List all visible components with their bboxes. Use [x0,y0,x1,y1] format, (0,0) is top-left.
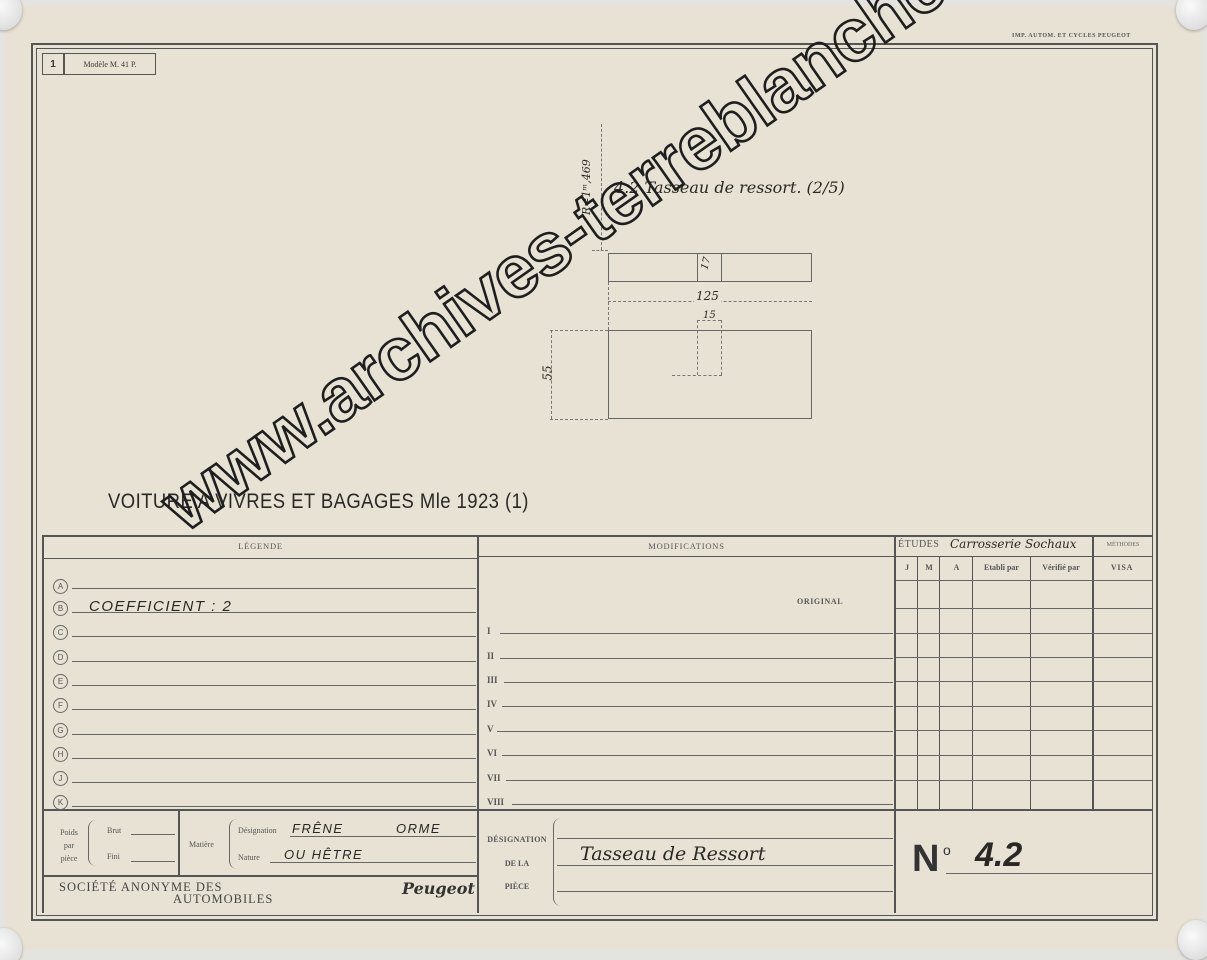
col-header-etabli: Etabli par [973,563,1030,572]
designation-line [557,891,893,892]
dim-height: 55 [541,365,555,380]
designation-value: FRÊNE [292,821,344,836]
nature-value: OU HÊTRE [284,847,363,862]
legend-line [72,685,476,686]
revision-line [506,780,893,781]
model-label: Modèle M. 41 P. [64,53,156,75]
extension-line [550,330,608,331]
brut-label: Brut [107,826,121,835]
nature-line [270,862,476,863]
peugeot-logo: Peugeot [402,879,475,898]
legend-line [72,588,476,589]
part-title: VOITURE A VIVRES ET BAGAGES Mle 1923 (1) [108,490,529,514]
legend-marker-h: H [53,747,68,762]
legend-line [72,612,476,613]
col-header-a: A [940,563,973,572]
legend-marker-k: K [53,795,68,810]
legend-marker-a: A [53,579,68,594]
designation-line [557,838,893,839]
col-header-j: J [896,563,918,572]
grid-col [972,556,973,809]
brut-line [131,834,175,835]
radius-guide-line [601,124,602,250]
poids-label-line3: pièce [52,852,86,865]
brace [88,820,96,866]
etudes-header: ÉTUDES [898,539,939,550]
legend-line [72,636,476,637]
grid-row [896,580,1152,581]
poids-label-line1: Poids [52,826,86,839]
designation-piece-label1: DÉSIGNATION [482,835,552,844]
hidden-line [697,320,698,375]
nature-label: Nature [238,853,260,862]
original-label: ORIGINAL [797,597,843,606]
grid-col [917,556,918,809]
dim-slot: 15 [703,310,716,321]
column-divider [1092,535,1094,809]
revision-line [502,706,893,707]
legend-line [72,734,476,735]
designation-piece-label2: DE LA [482,859,552,868]
binder-clip-bottom-right [1178,920,1207,960]
slot-line [721,253,722,282]
header-rule [44,558,477,559]
fini-line [131,861,175,862]
dim-length: 125 [694,289,721,303]
grid-col [1030,556,1031,809]
printer-mark: IMP. AUTOM. ET CYCLES PEUGEOT [1012,33,1131,39]
grid-row [896,657,1152,658]
company-line2: AUTOMOBILES [173,892,273,907]
grid-row [896,706,1152,707]
legend-marker-c: C [53,625,68,640]
row-divider [42,875,477,877]
column-divider [178,809,180,875]
column-divider [477,535,479,913]
designation-label: Désignation [238,826,277,835]
legend-marker-j: J [53,771,68,786]
number-value: 4.2 [975,836,1022,875]
inner-border [36,48,1153,916]
column-divider [894,535,896,913]
revision-label-6: VI [487,748,497,758]
radius-note: R=1ᵐ,469 [580,159,593,215]
header-rule [479,556,894,557]
revision-line [502,755,893,756]
revision-line [500,658,893,659]
revision-label-8: VIII [487,797,504,807]
designation-piece-label3: PIÈCE [482,882,552,891]
revision-line [504,682,893,683]
grid-row [896,608,1152,609]
revision-label-4: IV [487,699,497,709]
hidden-line [721,320,722,375]
modifications-header: MODIFICATIONS [479,541,894,551]
header-rule [896,556,1152,557]
revision-label-3: III [487,675,498,685]
poids-label-line2: par [52,839,86,852]
legend-line [72,758,476,759]
revision-line [497,731,893,732]
grid-row [896,780,1152,781]
fini-label: Fini [107,852,120,861]
legend-line [72,709,476,710]
legend-line [72,806,476,807]
grid-row [896,681,1152,682]
legend-marker-d: D [53,650,68,665]
guide-tick [592,250,608,251]
extension-line [550,419,608,420]
drawing-title: 4.2 Tasseau de ressort. (2/5) [614,178,845,197]
number-degree: o [943,842,951,858]
designation-value-2: ORME [396,821,441,836]
legend-marker-f: F [53,698,68,713]
extension-line [608,282,609,330]
methodes-header: MÉTHODES [1094,542,1152,548]
brace [553,818,561,906]
legend-line [72,661,476,662]
legend-marker-b: B [53,601,68,616]
legend-marker-g: G [53,723,68,738]
revision-label-7: VII [487,773,501,783]
slot-line [697,253,698,282]
designation-piece-value: Tasseau de Ressort [580,843,766,865]
legend-line [72,782,476,783]
grid-row [896,633,1152,634]
col-header-verifie: Vérifié par [1030,563,1092,572]
legende-header: LÉGENDE [44,541,477,551]
poids-label: Poids par pièce [52,826,86,865]
designation-line [557,865,893,866]
col-header-visa: VISA [1092,563,1152,572]
revision-label-1: I [487,626,491,636]
row-divider [42,809,1153,811]
brace [229,819,237,869]
hidden-line [672,375,722,376]
number-line [946,873,1152,874]
matiere-label: Matière [189,840,214,849]
grid-row [896,730,1152,731]
revision-label-2: II [487,651,494,661]
grid-row [896,755,1152,756]
column-divider [42,535,44,913]
etudes-department: Carrosserie Sochaux [950,537,1077,551]
col-header-m: M [918,563,940,572]
grid-col [939,556,940,809]
legend-marker-e: E [53,674,68,689]
number-label: N [912,838,939,881]
revision-line [500,633,893,634]
revision-line [512,804,893,805]
revision-label-5: V [487,724,494,734]
sheet-number: 1 [42,53,64,75]
designation-line [290,836,476,837]
